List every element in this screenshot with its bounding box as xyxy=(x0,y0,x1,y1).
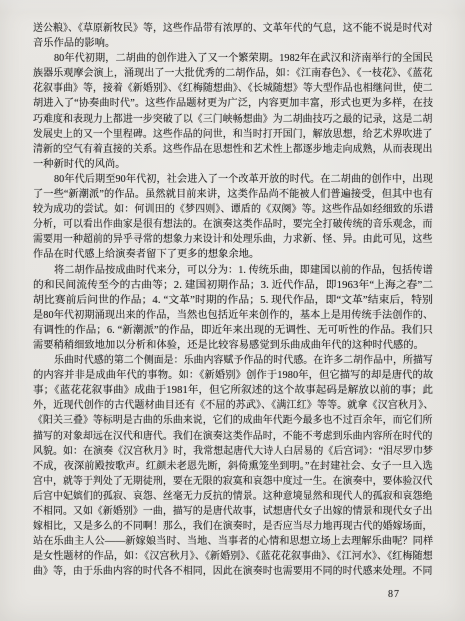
text-line-content: 的内容并非是成曲年代的事物。如：《新婚别》创作于1980年，但它描写的却是唐代的… xyxy=(33,368,433,383)
text-line-content: 后宫中妃嫔们的孤寂、哀怨、丝毫无力反抗的情景。这种意境显然和现代人的孤寂和哀怨绝 xyxy=(33,489,433,504)
text-line: 需要用一种超前的异乎寻常的想象力来设计和处理乐曲，力求新、怪、异。由此可见，这些 xyxy=(33,232,433,247)
text-line-content: 的和民间流传至今的古曲等；2. 建国初期作品；3. 近代作品，即1963年“上海… xyxy=(33,278,433,293)
text-line: 胡比赛前后问世的作品；4. “文革”时期的作品；5. 现代作品，即“文革”结束后… xyxy=(33,293,433,308)
text-line-content: 是女性题材的作品，如：《汉宫秋月》、《新婚别》、《蓝花花叙事曲》、《江河水》、《… xyxy=(33,549,433,564)
text-line: 事；《蓝花花叙事曲》成曲于1981年，但它所叙述的这个故事起码是解放以前的事；此 xyxy=(33,383,433,398)
text-line: 80年代初期，二胡曲的创作进入了又一个繁荣期。1982年在武汉和济南举行的全国民 xyxy=(33,51,433,66)
text-line: 不成，夜深前殿按歌声。红颜未老恩先断，斜倚熏笼坐到明。”在封建社会、女子一旦入选 xyxy=(33,459,433,474)
text-line-content: 《阳关三叠》等标明是古曲的乐曲来说，它们的成曲年代距今最多也不过百余年，而它们所 xyxy=(33,413,433,428)
text-line: 有调性的作品；6. “新潮派”的作品，即近年来出现的无调性、无可听性的作品。我们… xyxy=(33,323,433,338)
text-line: 80年代后期至90年代初，社会进入了一个改革开放的时代。在二胡曲的创作中，出现 xyxy=(33,172,433,187)
text-line-content: 作品在时代感上给演奏者留下了更多的想象余地。 xyxy=(33,247,259,262)
text-line: 描写的对象却远在汉代和唐代。我们在演奏这类作品时，不能不考虑到乐曲内容所在时代的 xyxy=(33,429,433,444)
text-line-content: 嫁相比，又是多么的不同啊！那么，我们在演奏时，是否应当尽力地再现古代的婚嫁场面， xyxy=(33,519,433,534)
text-line-content: 需要用一种超前的异乎寻常的想象力来设计和处理乐曲，力求新、怪、异。由此可见，这些 xyxy=(33,232,433,247)
text-line: 清新的空气有着直接的关系。这些作品在思想性和艺术性上都逐步地走向成熟，从而表现出 xyxy=(33,142,433,157)
text-line-content: 80年代初期，二胡曲的创作进入了又一个繁荣期。1982年在武汉和济南举行的全国民 xyxy=(54,51,433,66)
text-line-content: 乐曲时代感的第二个侧面是：乐曲内容赋予作品的时代感。在许多二胡作品中，所描写 xyxy=(54,353,433,368)
text-line: 一种新时代的风尚。 xyxy=(33,157,433,172)
text-line-content: 不相同。又如《新婚别》一曲，描写的是唐代故事，试想唐代女子出嫁的情景和现代女子出 xyxy=(33,504,433,519)
text-line: 曲》等，由于乐曲内容的时代各不相同，因此在演奏时也需要用不同的时代感来处理。不同 xyxy=(33,564,433,579)
text-line-content: 事；《蓝花花叙事曲》成曲于1981年，但它所叙述的这个故事起码是解放以前的事；此 xyxy=(33,383,433,398)
text-line-content: 曲》等，由于乐曲内容的时代各不相同，因此在演奏时也需要用不同的时代感来处理。不同 xyxy=(33,564,433,579)
text-line: 风貌。如：在演奏《汉宫秋月》时，我常想起唐代大诗人白居易的《后宫词》：“泪尽罗巾… xyxy=(33,444,433,459)
text-line-content: 不成，夜深前殿按歌声。红颜未老恩先断，斜倚熏笼坐到明。”在封建社会、女子一旦入选 xyxy=(33,459,433,474)
text-line-content: 胡比赛前后问世的作品；4. “文革”时期的作品；5. 现代作品，即“文革”结束后… xyxy=(33,293,433,308)
text-line: 需要稍稍细致地加以分析和体验，还是比较容易感觉到乐曲成曲年代的这种时代感的。 xyxy=(33,338,433,353)
text-line: 将二胡作品按成曲时代来分，可以分为：1. 传统乐曲，即建国以前的作品，包括传谱 xyxy=(33,263,433,278)
text-line: 《阳关三叠》等标明是古曲的乐曲来说，它们的成曲年代距今最多也不过百余年，而它们所 xyxy=(33,413,433,428)
text-line-content: 是80年代初期涌现出来的作品，当然也包括近年来创作的，基本上是用传统手法创作的、 xyxy=(33,308,433,323)
text-line-content: 了一些“新潮派”的作品。虽然就目前来讲，这类作品尚不能被人们普遍接受，但其中也有 xyxy=(33,187,433,202)
text-line: 了一些“新潮派”的作品。虽然就目前来讲，这类作品尚不能被人们普遍接受，但其中也有 xyxy=(33,187,433,202)
text-line: 的和民间流传至今的古曲等；2. 建国初期作品；3. 近代作品，即1963年“上海… xyxy=(33,278,433,293)
text-line-content: 描写的对象却远在汉代和唐代。我们在演奏这类作品时，不能不考虑到乐曲内容所在时代的 xyxy=(33,429,433,444)
scanned-book-page: 送公粮》、《草原新牧民》等，这些作品带有浓厚的、文革年代的气息，这不能不说是时代… xyxy=(0,0,465,621)
text-line-content: 花叙事曲》等，接着《新婚别》、《红梅随想曲》、《长城随想》等大型作品也相继问世，… xyxy=(33,81,433,96)
text-line: 分析，可以看出作曲家是很有想法的。在演奏这类作品时，要完全打破传统的音乐观念，而 xyxy=(33,217,433,232)
text-line-content: 需要稍稍细致地加以分析和体验，还是比较容易感觉到乐曲成曲年代的这种时代感的。 xyxy=(33,338,424,353)
text-line: 较为成功的尝试。如：何训田的《梦四则》、谭盾的《双阕》等。这些作品如经细致的乐谱 xyxy=(33,202,433,217)
text-line: 作品在时代感上给演奏者留下了更多的想象余地。 xyxy=(33,247,433,262)
text-line: 的内容并非是成曲年代的事物。如：《新婚别》创作于1980年，但它描写的却是唐代的… xyxy=(33,368,433,383)
text-line-content: 胡进入了“协奏曲时代”。这些作品题材更为广泛，内容更加丰富，形式也更为多样，在技 xyxy=(33,96,433,111)
text-line-content: 一种新时代的风尚。 xyxy=(33,157,126,172)
text-line: 发展史上的又一个里程碑。这些作品的问世，和当时打开国门，解放思想，给艺术界吹进了 xyxy=(33,127,433,142)
text-line-content: 发展史上的又一个里程碑。这些作品的问世，和当时打开国门，解放思想，给艺术界吹进了 xyxy=(33,127,433,142)
text-line-content: 80年代后期至90年代初，社会进入了一个改革开放的时代。在二胡曲的创作中，出现 xyxy=(54,172,433,187)
text-line: 花叙事曲》等，接着《新婚别》、《红梅随想曲》、《长城随想》等大型作品也相继问世，… xyxy=(33,81,433,96)
text-line-content: 巧难度和表现力上都进一步突破了以《三门峡畅想曲》为二胡曲技巧之最的记录，这是二胡 xyxy=(33,112,433,127)
text-line: 是80年代初期涌现出来的作品，当然也包括近年来创作的，基本上是用传统手法创作的、 xyxy=(33,308,433,323)
text-line: 宫中，就等于判处了无期徒刑，要在无限的寂寞和哀怨中度过一生。在演奏中，要体验汉代 xyxy=(33,474,433,489)
text-line-content: 有调性的作品；6. “新潮派”的作品，即近年来出现的无调性、无可听性的作品。我们… xyxy=(33,323,433,338)
text-line-content: 较为成功的尝试。如：何训田的《梦四则》、谭盾的《双阕》等。这些作品如经细致的乐谱 xyxy=(33,202,433,217)
text-line: 嫁相比，又是多么的不同啊！那么，我们在演奏时，是否应当尽力地再现古代的婚嫁场面， xyxy=(33,519,433,534)
text-line: 巧难度和表现力上都进一步突破了以《三门峡畅想曲》为二胡曲技巧之最的记录，这是二胡 xyxy=(33,112,433,127)
body-text: 送公粮》、《草原新牧民》等，这些作品带有浓厚的、文革年代的气息，这不能不说是时代… xyxy=(33,21,433,579)
text-line: 不相同。又如《新婚别》一曲，描写的是唐代故事，试想唐代女子出嫁的情景和现代女子出 xyxy=(33,504,433,519)
text-line: 站在乐曲主人公——新嫁娘当时、当地、当事者的心情和思想立场上去理解乐曲呢？同样 xyxy=(33,534,433,549)
text-line-content: 分析，可以看出作曲家是很有想法的。在演奏这类作品时，要完全打破传统的音乐观念，而 xyxy=(33,217,433,232)
text-line-content: 风貌。如：在演奏《汉宫秋月》时，我常想起唐代大诗人白居易的《后宫词》：“泪尽罗巾… xyxy=(33,444,433,459)
text-line-content: 宫中，就等于判处了无期徒刑，要在无限的寂寞和哀怨中度过一生。在演奏中，要体验汉代 xyxy=(33,474,433,489)
text-line-content: 送公粮》、《草原新牧民》等，这些作品带有浓厚的、文革年代的气息，这不能不说是时代… xyxy=(33,21,433,36)
text-line-content: 站在乐曲主人公——新嫁娘当时、当地、当事者的心情和思想立场上去理解乐曲呢？同样 xyxy=(33,534,433,549)
text-line-content: 外，近现代创作的古代题材曲目还有《不屈的苏武》、《满江红》等等。就拿《汉宫秋月》… xyxy=(33,398,433,413)
text-line-content: 族器乐观摩会演上，涌现出了一大批优秀的二胡作品，如：《江南春色》、《一枝花》、《… xyxy=(33,66,433,81)
text-line: 音乐作品的影响。 xyxy=(33,36,433,51)
text-line: 乐曲时代感的第二个侧面是：乐曲内容赋予作品的时代感。在许多二胡作品中，所描写 xyxy=(33,353,433,368)
text-line-content: 清新的空气有着直接的关系。这些作品在思想性和艺术性上都逐步地走向成熟，从而表现出 xyxy=(33,142,433,157)
text-line: 族器乐观摩会演上，涌现出了一大批优秀的二胡作品，如：《江南春色》、《一枝花》、《… xyxy=(33,66,433,81)
text-line-content: 音乐作品的影响。 xyxy=(33,36,115,51)
text-line: 胡进入了“协奏曲时代”。这些作品题材更为广泛，内容更加丰富，形式也更为多样，在技 xyxy=(33,96,433,111)
text-line: 是女性题材的作品，如：《汉宫秋月》、《新婚别》、《蓝花花叙事曲》、《江河水》、《… xyxy=(33,549,433,564)
text-line: 送公粮》、《草原新牧民》等，这些作品带有浓厚的、文革年代的气息，这不能不说是时代… xyxy=(33,21,433,36)
text-line: 后宫中妃嫔们的孤寂、哀怨、丝毫无力反抗的情景。这种意境显然和现代人的孤寂和哀怨绝 xyxy=(33,489,433,504)
page-number: 87 xyxy=(388,589,400,600)
text-line-content: 将二胡作品按成曲时代来分，可以分为：1. 传统乐曲，即建国以前的作品，包括传谱 xyxy=(54,263,433,278)
text-line: 外，近现代创作的古代题材曲目还有《不屈的苏武》、《满江红》等等。就拿《汉宫秋月》… xyxy=(33,398,433,413)
